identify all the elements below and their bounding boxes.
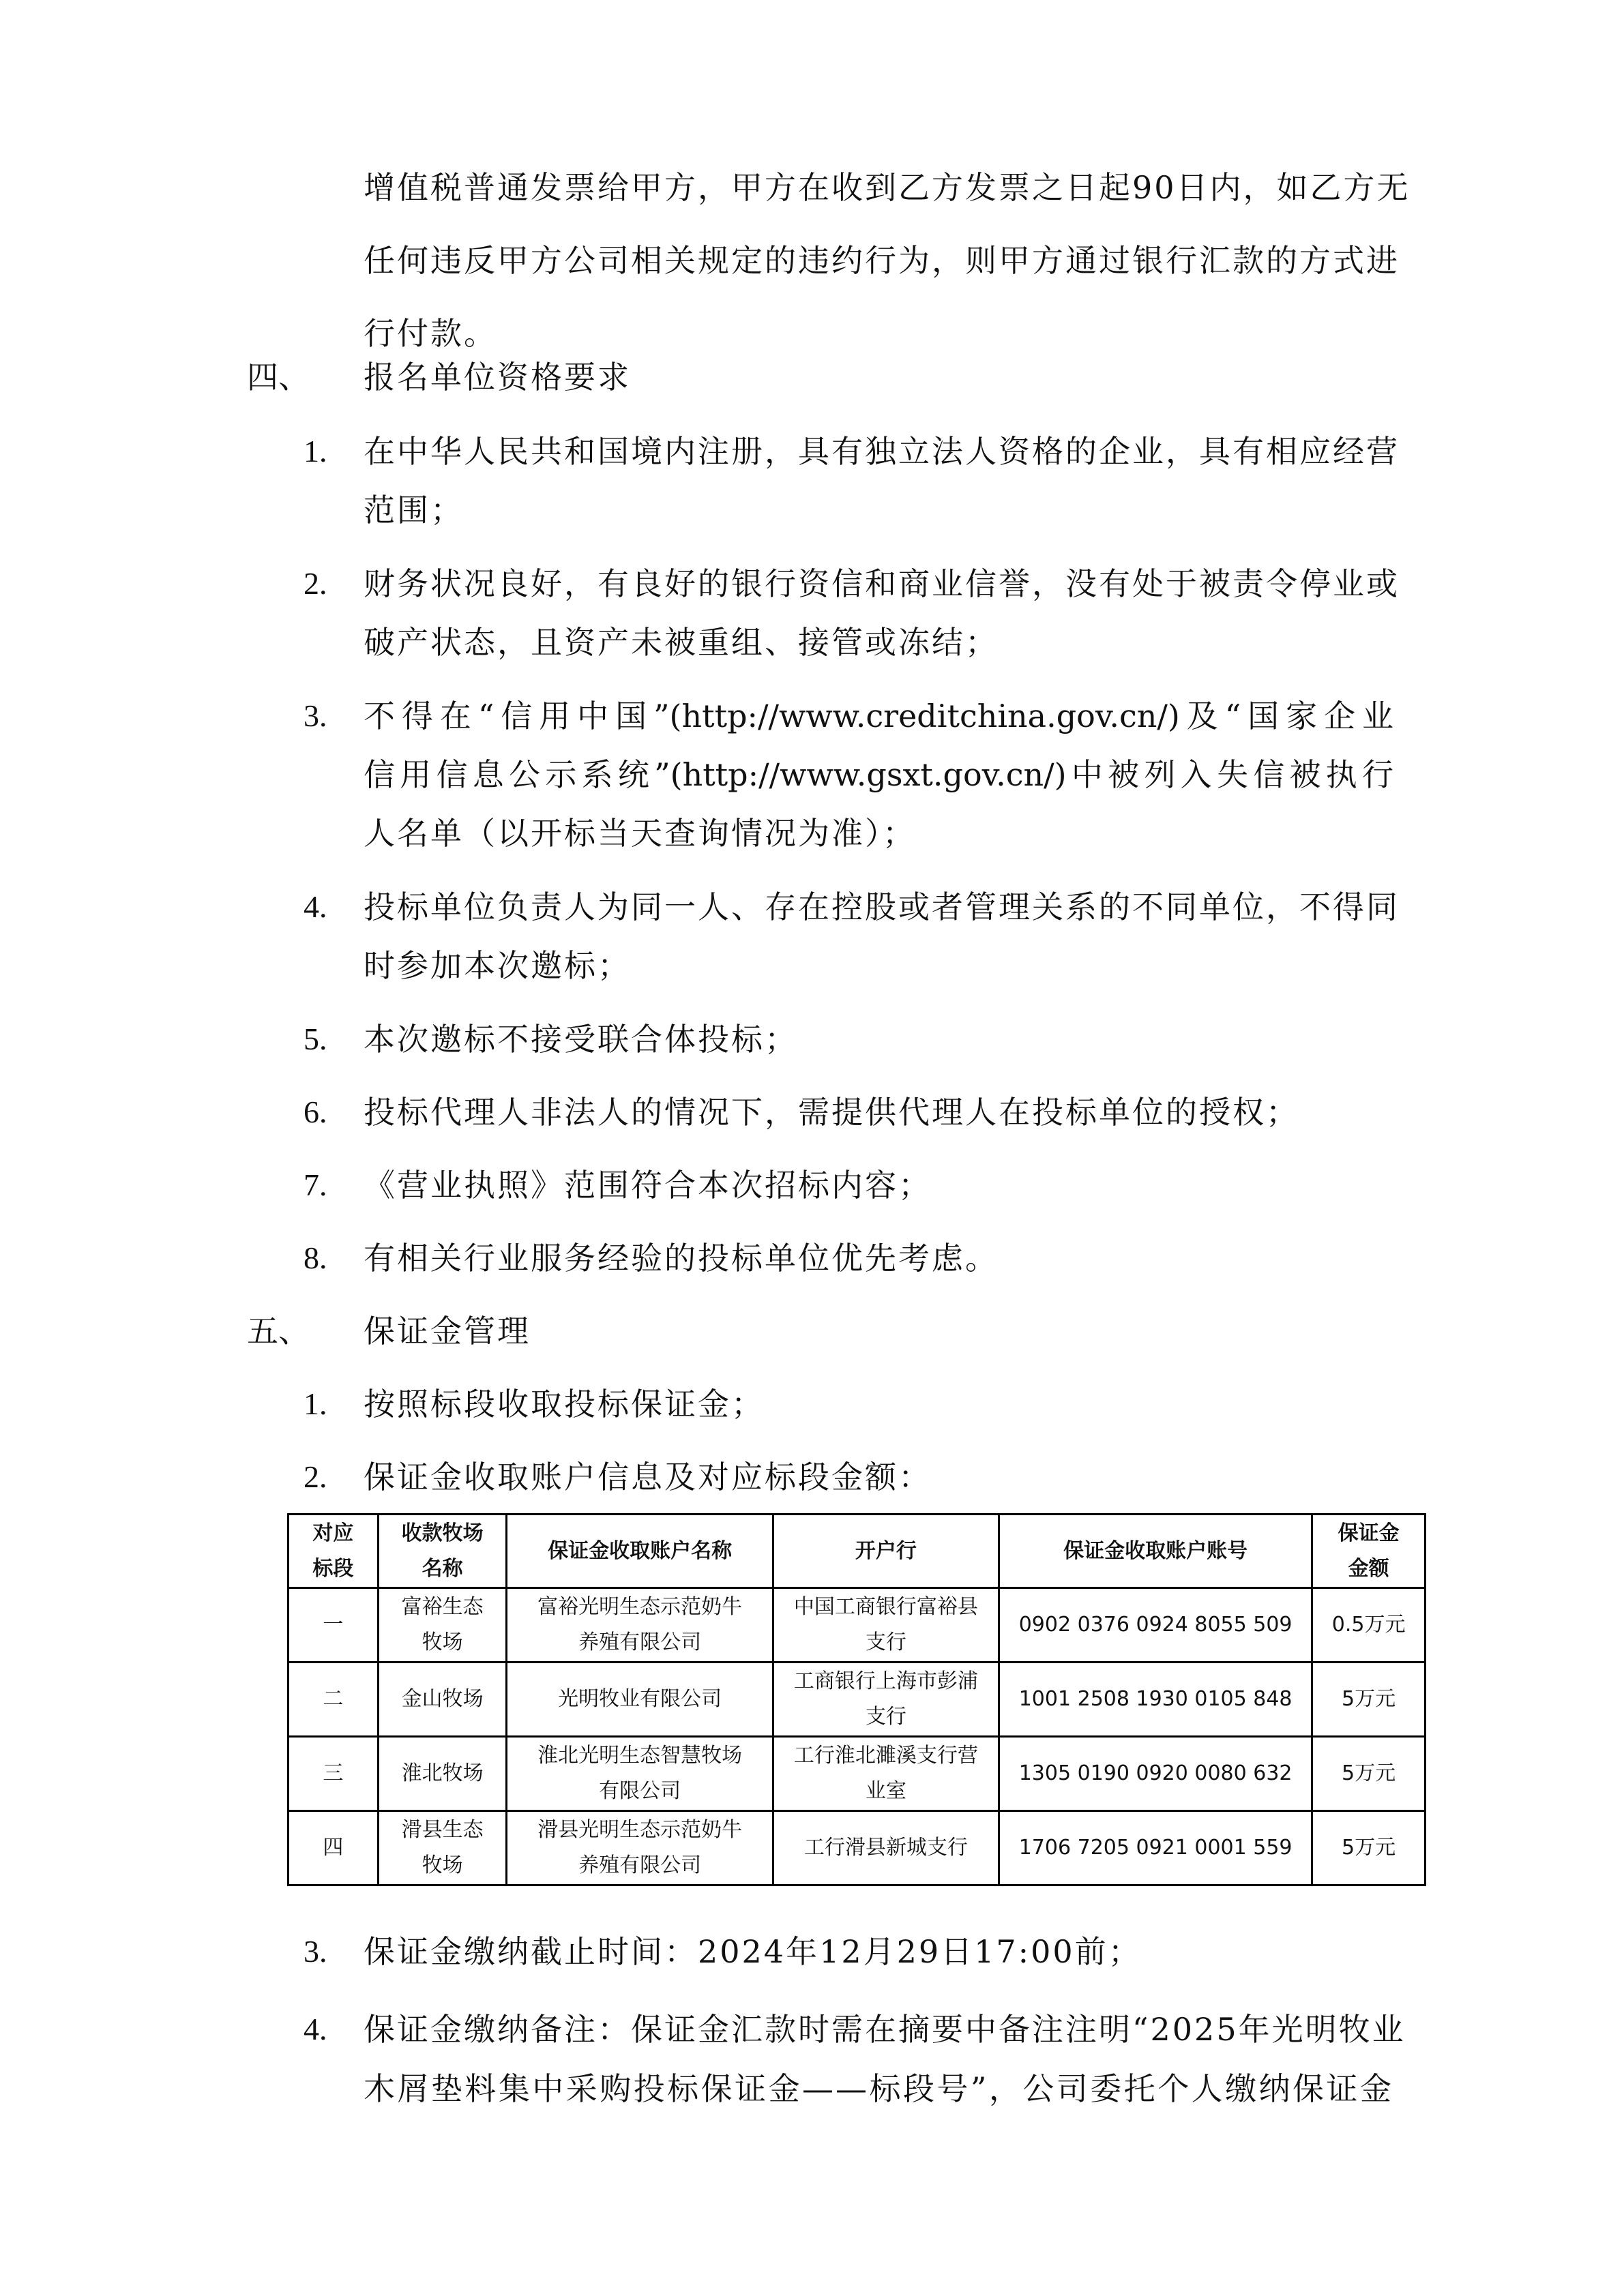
cell-bank: 工行淮北濉溪支行营业室 bbox=[773, 1737, 999, 1811]
list-item-line: 人名单（以开标当天查询情况为准）； bbox=[364, 813, 1393, 854]
paragraph-line: 行付款。 bbox=[364, 313, 1393, 354]
cell-account-name: 滑县光明生态示范奶牛养殖有限公司 bbox=[507, 1811, 773, 1885]
cell-amount: 5万元 bbox=[1312, 1663, 1426, 1737]
table-row: 一 富裕生态牧场 富裕光明生态示范奶牛养殖有限公司 中国工商银行富裕县支行 09… bbox=[289, 1588, 1426, 1663]
list-item-line: 木屑垫料集中采购投标保证金——标段号”，公司委托个人缴纳保证金 bbox=[364, 2068, 1393, 2109]
section-number: 五、 bbox=[247, 1311, 310, 1352]
cell-bank: 工商银行上海市彭浦支行 bbox=[773, 1663, 999, 1737]
cell-section: 四 bbox=[289, 1811, 379, 1885]
cell-ranch: 淮北牧场 bbox=[378, 1737, 507, 1811]
list-number: 6. bbox=[304, 1092, 327, 1133]
table-header-row: 对应标段 收款牧场名称 保证金收取账户名称 开户行 保证金收取账户账号 保证金金… bbox=[289, 1515, 1426, 1588]
cell-account-name: 淮北光明生态智慧牧场有限公司 bbox=[507, 1737, 773, 1811]
list-number: 4. bbox=[304, 886, 327, 927]
cell-section: 三 bbox=[289, 1737, 379, 1811]
cell-amount: 5万元 bbox=[1312, 1811, 1426, 1885]
list-number: 2. bbox=[304, 563, 327, 604]
list-item-line: 不得在“信用中国”(http://www.creditchina.gov.cn/… bbox=[364, 696, 1393, 736]
paragraph-line: 增值税普通发票给甲方，甲方在收到乙方发票之日起90日内，如乙方无 bbox=[364, 167, 1393, 208]
cell-account-number: 1001 2508 1930 0105 848 bbox=[999, 1663, 1312, 1737]
list-number: 4. bbox=[304, 2009, 327, 2050]
paragraph-line: 任何违反甲方公司相关规定的违约行为，则甲方通过银行汇款的方式进 bbox=[364, 240, 1393, 281]
list-number: 3. bbox=[304, 1931, 327, 1972]
list-item-line: 财务状况良好，有良好的银行资信和商业信誉，没有处于被责令停业或 bbox=[364, 563, 1393, 604]
cell-bank: 工行滑县新城支行 bbox=[773, 1811, 999, 1885]
list-number: 3. bbox=[304, 696, 327, 736]
cell-section: 一 bbox=[289, 1588, 379, 1663]
list-number: 8. bbox=[304, 1238, 327, 1279]
cell-account-number: 1706 7205 0921 0001 559 bbox=[999, 1811, 1312, 1885]
list-item-line: 在中华人民共和国境内注册，具有独立法人资格的企业，具有相应经营 bbox=[364, 431, 1393, 472]
list-item-line: 范围； bbox=[364, 490, 1393, 531]
list-item-line: 投标代理人非法人的情况下，需提供代理人在投标单位的授权； bbox=[364, 1092, 1299, 1133]
cell-bank: 中国工商银行富裕县支行 bbox=[773, 1588, 999, 1663]
section-title: 报名单位资格要求 bbox=[364, 357, 631, 398]
cell-ranch: 富裕生态牧场 bbox=[378, 1588, 507, 1663]
section-number: 四、 bbox=[247, 357, 310, 398]
list-item-line: 《营业执照》范围符合本次招标内容； bbox=[364, 1165, 932, 1206]
list-item-line: 破产状态，且资产未被重组、接管或冻结； bbox=[364, 622, 1393, 663]
cell-ranch: 金山牧场 bbox=[378, 1663, 507, 1737]
section-title: 保证金管理 bbox=[364, 1311, 531, 1352]
deposit-account-table: 对应标段 收款牧场名称 保证金收取账户名称 开户行 保证金收取账户账号 保证金金… bbox=[287, 1513, 1426, 1886]
list-number: 1. bbox=[304, 1384, 327, 1425]
cell-ranch: 滑县生态牧场 bbox=[378, 1811, 507, 1885]
header-bank: 开户行 bbox=[773, 1515, 999, 1588]
list-item-line: 按照标段收取投标保证金； bbox=[364, 1384, 765, 1425]
cell-section: 二 bbox=[289, 1663, 379, 1737]
header-ranch: 收款牧场名称 bbox=[378, 1515, 507, 1588]
list-item-line: 保证金缴纳截止时间：2024年12月29日17:00前； bbox=[364, 1931, 1142, 1972]
list-item-line: 时参加本次邀标； bbox=[364, 945, 1393, 986]
list-item-line: 保证金缴纳备注：保证金汇款时需在摘要中备注注明“2025年光明牧业 bbox=[364, 2009, 1393, 2050]
list-number: 5. bbox=[304, 1019, 327, 1060]
header-account-name: 保证金收取账户名称 bbox=[507, 1515, 773, 1588]
cell-amount: 5万元 bbox=[1312, 1737, 1426, 1811]
list-item-line: 本次邀标不接受联合体投标； bbox=[364, 1019, 798, 1060]
list-number: 1. bbox=[304, 431, 327, 472]
cell-account-number: 1305 0190 0920 0080 632 bbox=[999, 1737, 1312, 1811]
table-row: 四 滑县生态牧场 滑县光明生态示范奶牛养殖有限公司 工行滑县新城支行 1706 … bbox=[289, 1811, 1426, 1885]
cell-account-name: 光明牧业有限公司 bbox=[507, 1663, 773, 1737]
list-item-line: 保证金收取账户信息及对应标段金额： bbox=[364, 1457, 932, 1497]
list-item-line: 信用信息公示系统”(http://www.gsxt.gov.cn/)中被列入失信… bbox=[364, 754, 1393, 795]
table-row: 二 金山牧场 光明牧业有限公司 工商银行上海市彭浦支行 1001 2508 19… bbox=[289, 1663, 1426, 1737]
list-item-line: 有相关行业服务经验的投标单位优先考虑。 bbox=[364, 1238, 999, 1279]
cell-account-number: 0902 0376 0924 8055 509 bbox=[999, 1588, 1312, 1663]
header-account-number: 保证金收取账户账号 bbox=[999, 1515, 1312, 1588]
table-row: 三 淮北牧场 淮北光明生态智慧牧场有限公司 工行淮北濉溪支行营业室 1305 0… bbox=[289, 1737, 1426, 1811]
cell-account-name: 富裕光明生态示范奶牛养殖有限公司 bbox=[507, 1588, 773, 1663]
list-item-line: 投标单位负责人为同一人、存在控股或者管理关系的不同单位，不得同 bbox=[364, 886, 1393, 927]
list-number: 2. bbox=[304, 1457, 327, 1497]
header-section: 对应标段 bbox=[289, 1515, 379, 1588]
cell-amount: 0.5万元 bbox=[1312, 1588, 1426, 1663]
header-amount: 保证金金额 bbox=[1312, 1515, 1426, 1588]
list-number: 7. bbox=[304, 1165, 327, 1206]
